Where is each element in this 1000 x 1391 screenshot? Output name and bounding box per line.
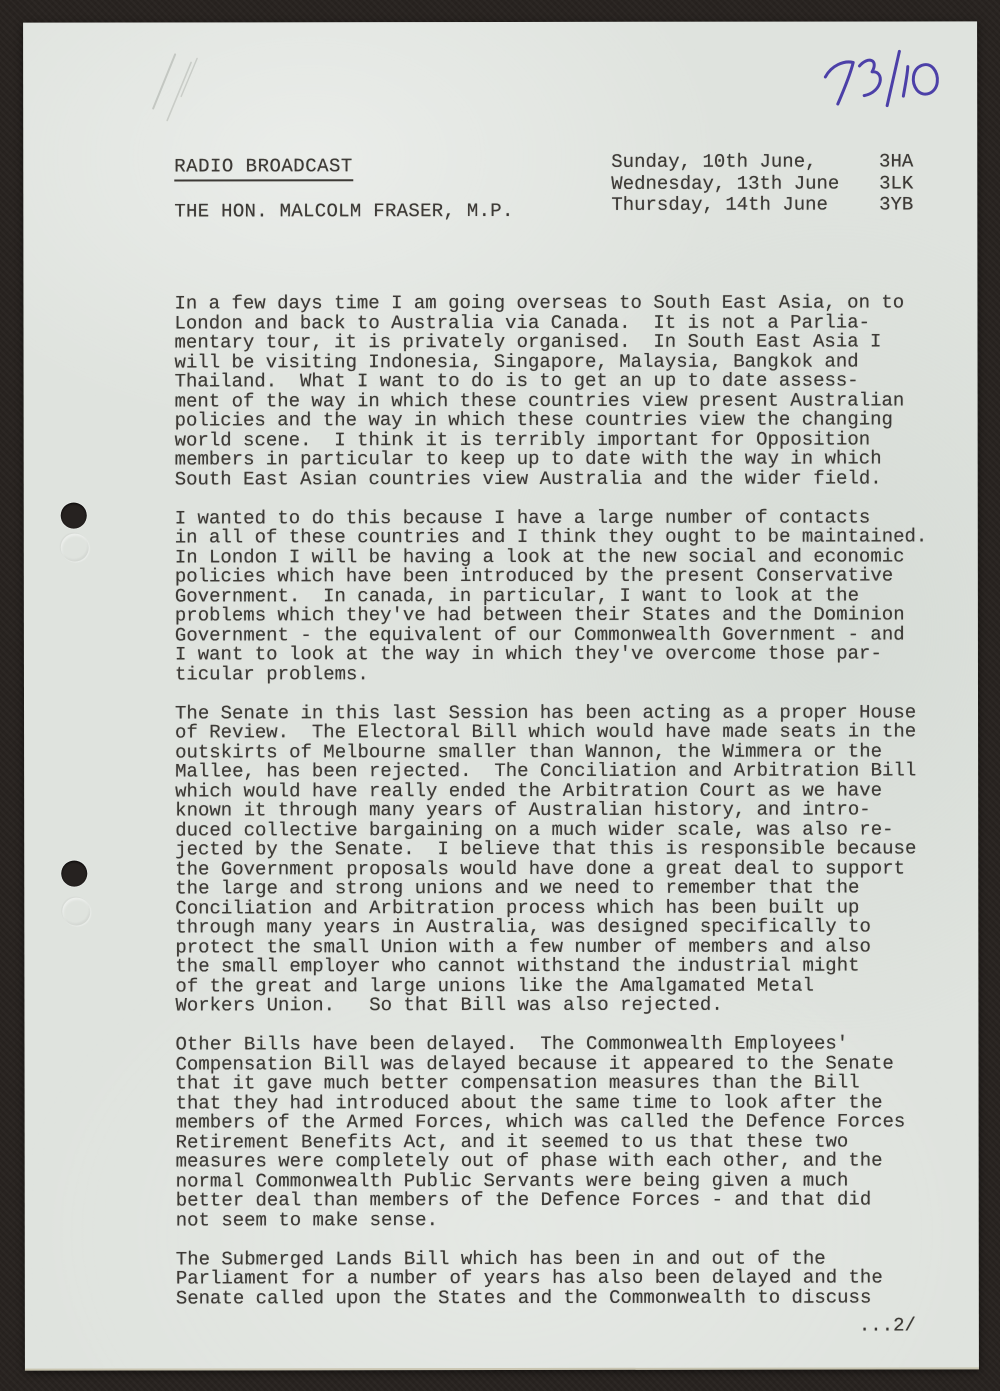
page-continuation-marker: ...2/ xyxy=(859,1315,916,1335)
embossed-ring-top xyxy=(61,534,89,562)
broadcast-schedule: Sunday, 10th June, 3HA Wednesday, 13th J… xyxy=(611,151,913,216)
broadcast-date: Wednesday, 13th June xyxy=(611,173,839,195)
broadcast-date: Sunday, 10th June, xyxy=(611,152,816,174)
hole-punch-top xyxy=(61,503,87,529)
document-page: RADIO BROADCAST THE HON. MALCOLM FRASER,… xyxy=(23,21,979,1370)
broadcast-schedule-row: Thursday, 14th June 3YB xyxy=(611,194,913,216)
broadcast-schedule-row: Wednesday, 13th June 3LK xyxy=(611,173,913,195)
document-title: RADIO BROADCAST xyxy=(174,156,353,181)
paragraph: The Senate in this last Session has been… xyxy=(175,703,950,1016)
paragraph: The Submerged Lands Bill which has been … xyxy=(176,1249,951,1309)
broadcast-station: 3YB xyxy=(879,194,913,216)
broadcast-schedule-row: Sunday, 10th June, 3HA xyxy=(611,151,913,173)
pencil-scribble-marks xyxy=(141,40,221,140)
broadcast-station: 3HA xyxy=(879,151,913,173)
paragraph: In a few days time I am going overseas t… xyxy=(174,293,949,489)
broadcast-date: Thursday, 14th June xyxy=(611,195,828,217)
document-speaker: THE HON. MALCOLM FRASER, M.P. xyxy=(174,201,513,222)
paragraph: Other Bills have been delayed. The Commo… xyxy=(175,1034,950,1230)
document-body: In a few days time I am going overseas t… xyxy=(174,293,950,1328)
handwritten-file-number xyxy=(820,40,956,126)
scan-background: RADIO BROADCAST THE HON. MALCOLM FRASER,… xyxy=(0,0,1000,1391)
embossed-ring-bottom xyxy=(62,898,90,926)
broadcast-station: 3LK xyxy=(879,173,913,195)
hole-punch-bottom xyxy=(61,861,87,887)
paragraph: I wanted to do this because I have a lar… xyxy=(175,508,950,685)
